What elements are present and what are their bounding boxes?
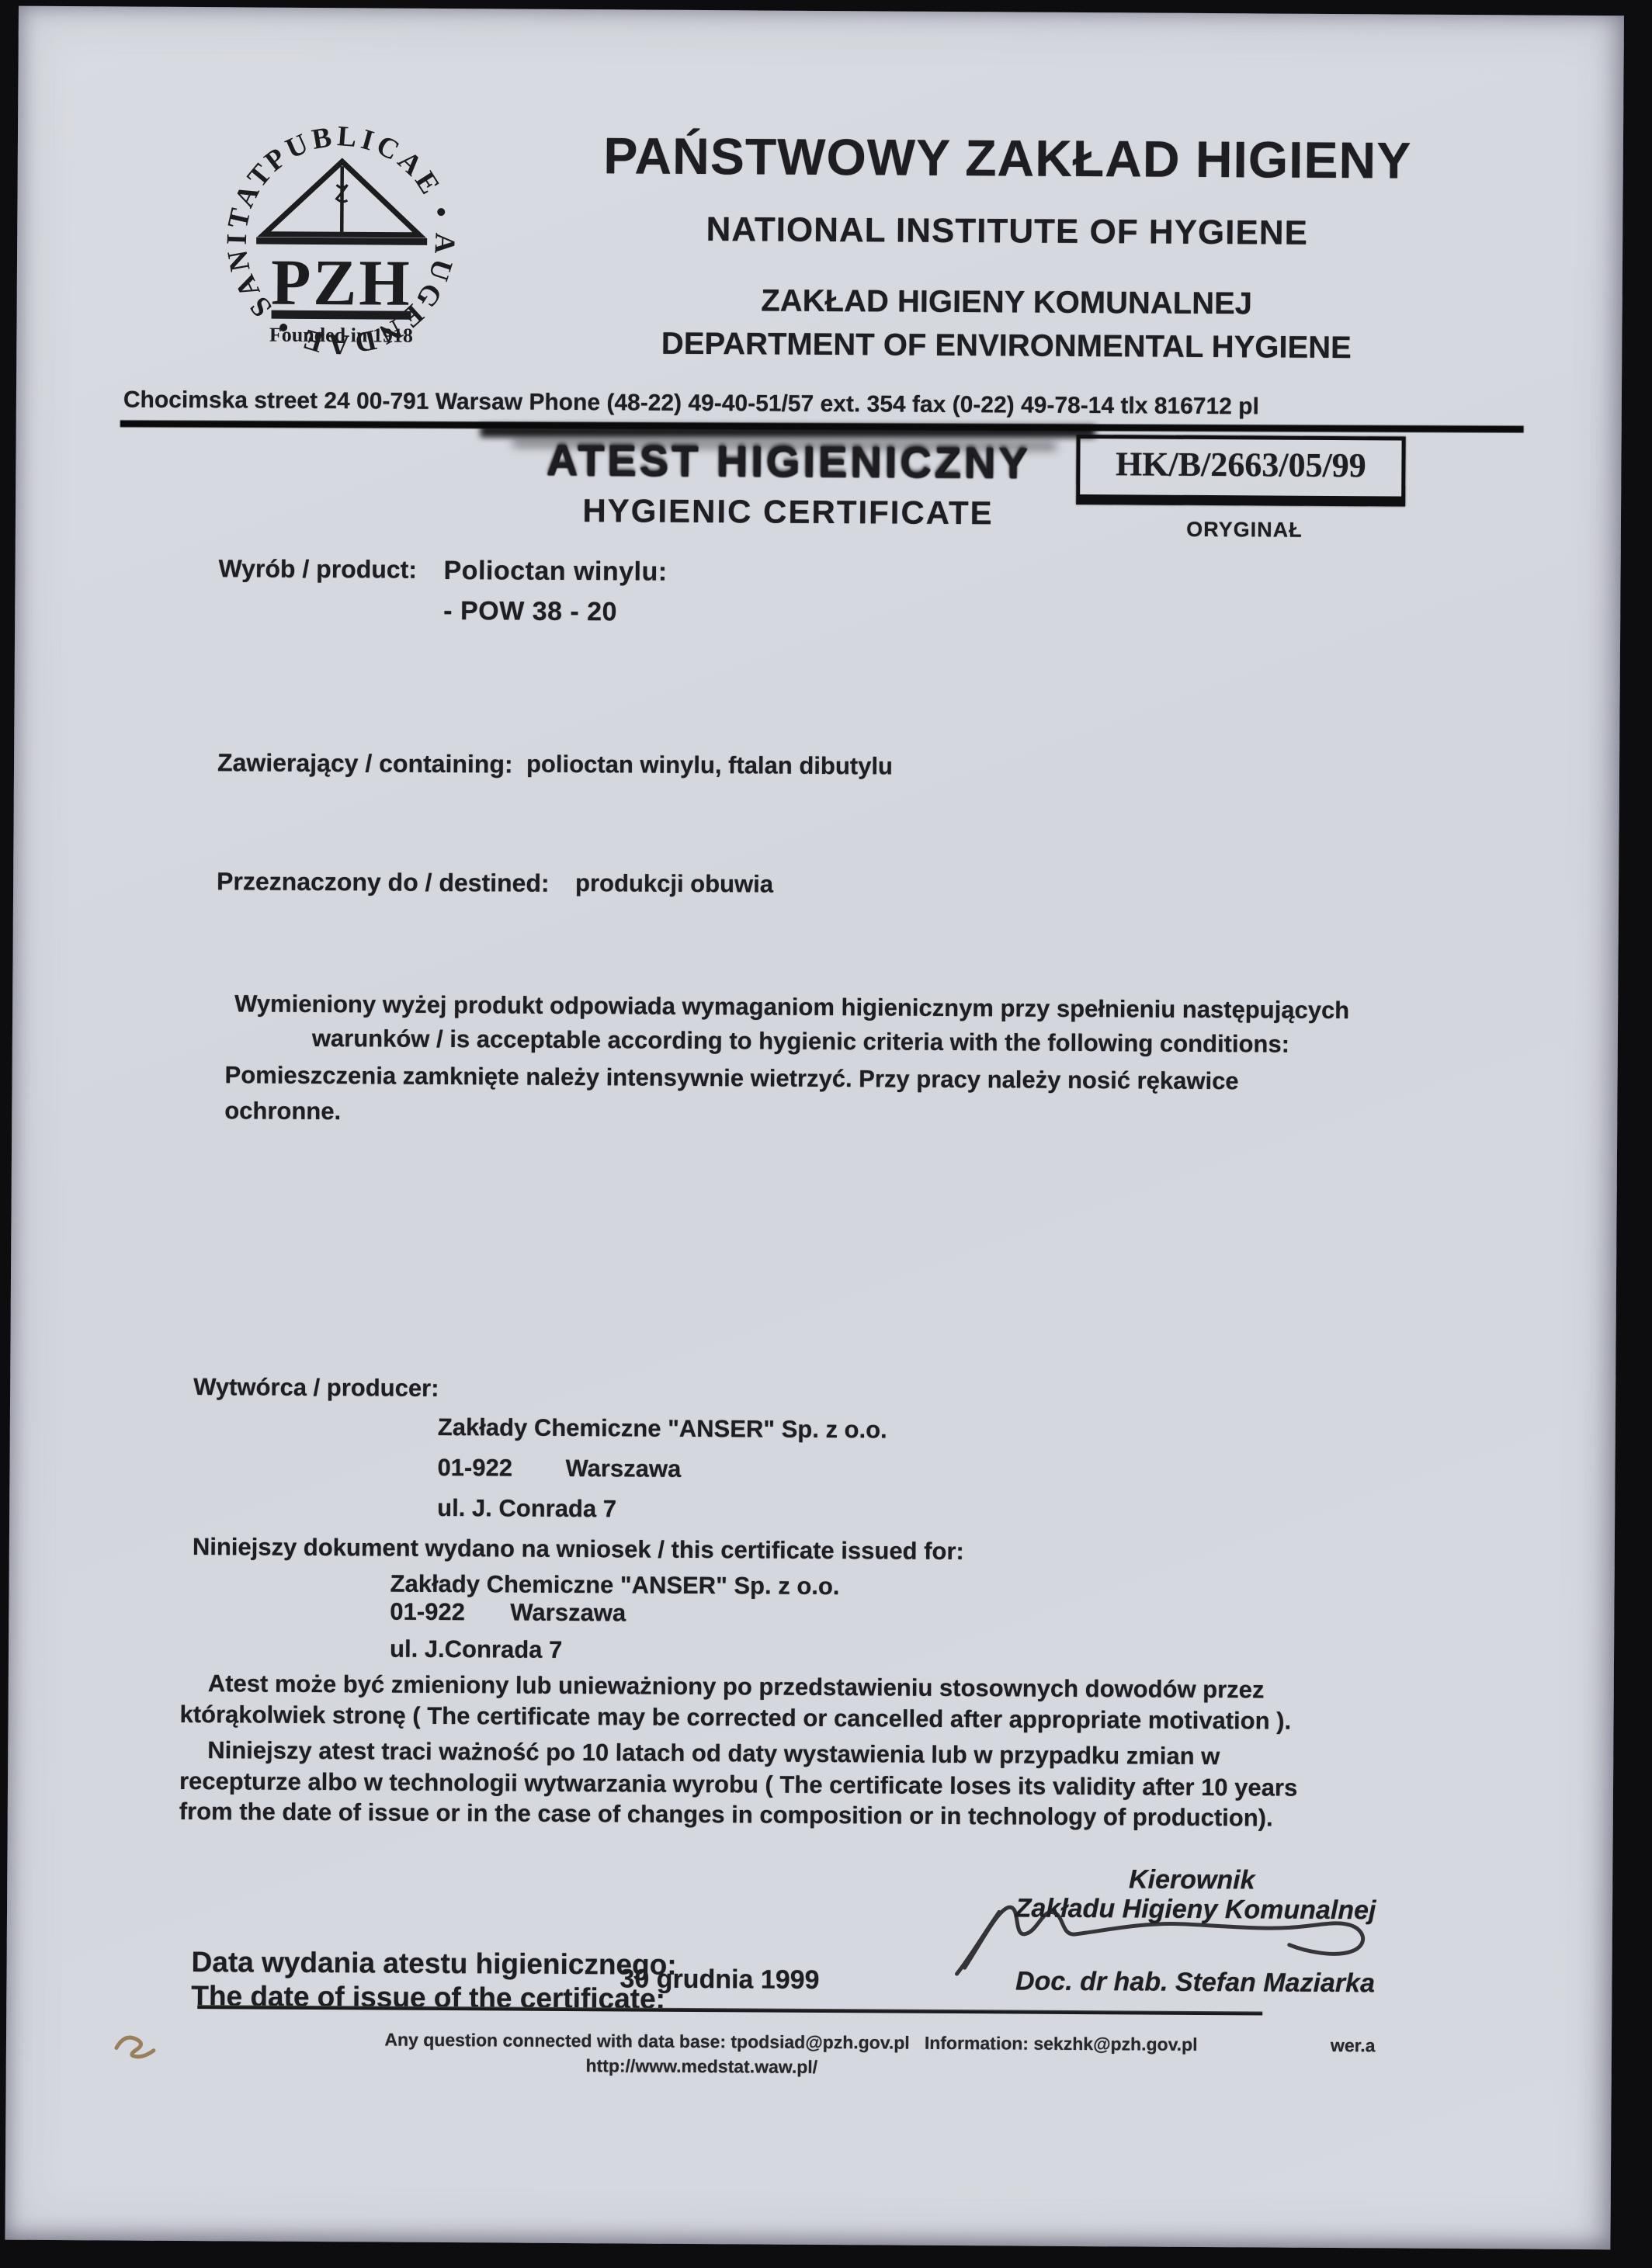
address-line: Chocimska street 24 00-791 Warsaw Phone … (123, 387, 1259, 420)
conditions-line: warunków / is acceptable according to hy… (312, 1025, 1289, 1059)
issued-for-postal-code: 01-922 (390, 1598, 465, 1627)
issued-for-street: ul. J.Conrada 7 (390, 1635, 562, 1664)
product-variant: - POW 38 - 20 (443, 596, 617, 627)
producer-city: Warszawa (565, 1455, 681, 1483)
issued-for-city: Warszawa (510, 1599, 626, 1628)
certificate-title-en: HYGIENIC CERTIFICATE (489, 491, 1087, 532)
issued-for-company: Zakłady Chemiczne "ANSER" Sp. z o.o. (390, 1570, 839, 1601)
containing-value: polioctan winylu, ftalan dibutylu (526, 751, 893, 781)
seal-architrave-bar (256, 238, 427, 245)
containing-label: Zawierający / containing: (217, 748, 513, 779)
signer-name: Doc. dr hab. Stefan Maziarka (981, 1966, 1408, 1999)
issue-date-label-pl: Data wydania atestu higienicznego: (191, 1946, 676, 1982)
conditions-line: ochronne. (224, 1097, 341, 1125)
footer-url: http://www.medstat.waw.pl/ (209, 2053, 1195, 2080)
handwritten-ink-mark (110, 2023, 165, 2060)
certificate-number: HK/B/2663/05/99 (1076, 444, 1405, 486)
scanned-certificate-page: PUBLICAE • AUGENDAE • SANITATI • PZH Fou… (5, 6, 1624, 2250)
department-title-pl: ZAKŁAD HIGIENY KOMUNALNEJ (522, 283, 1492, 324)
institute-title-en: NATIONAL INSTITUTE OF HYGIENE (522, 210, 1492, 255)
seal-base-bar (272, 310, 411, 320)
destined-value: produkcji obuwia (575, 869, 773, 899)
copy-type-label: ORYGINAŁ (1093, 517, 1396, 543)
institute-title-pl: PAŃSTWOWY ZAKŁAD HIGIENY (522, 126, 1493, 191)
seal-acronym: PZH (271, 247, 412, 320)
producer-street: ul. J. Conrada 7 (437, 1494, 616, 1523)
producer-label: Wytwórca / producer: (193, 1373, 439, 1403)
legal-line: Atest może być zmieniony lub unieważnion… (208, 1670, 1265, 1704)
issue-date-value: 30 grudnia 1999 (619, 1964, 819, 1996)
product-name: Polioctan winylu: (443, 556, 667, 588)
footer-version: wer.a (1331, 2035, 1376, 2056)
legal-line: recepturze albo w technologii wytwarzani… (179, 1767, 1297, 1802)
product-label: Wyrób / product: (218, 554, 417, 584)
legal-line: którąkolwiek stronę ( The certificate ma… (179, 1701, 1291, 1736)
conditions-line: Wymieniony wyżej produkt odpowiada wymag… (234, 990, 1349, 1025)
department-title-en: DEPARTMENT OF ENVIRONMENTAL HYGIENE (521, 326, 1491, 367)
legal-line: from the date of issue or in the case of… (179, 1798, 1273, 1833)
footer-contact-line: Any question connected with data base: t… (209, 2028, 1373, 2056)
scan-background: { "page": { "paper_color": "#d7d9e0", "f… (0, 0, 1652, 2268)
seal-founded-text: Founded in 1918 (269, 324, 413, 347)
destined-label: Przeznaczony do / destined: (217, 867, 550, 898)
issued-for-label: Niniejszy dokument wydano na wniosek / t… (193, 1533, 964, 1566)
legal-line: Niniejszy atest traci ważność po 10 lata… (207, 1736, 1220, 1770)
certificate-title-pl: ATEST HIGIENICZNY (489, 434, 1087, 488)
conditions-line: Pomieszczenia zamknięte należy intensywn… (224, 1061, 1238, 1095)
pzh-institute-seal: PUBLICAE • AUGENDAE • SANITATI • PZH Fou… (207, 106, 476, 375)
producer-postal-code: 01-922 (437, 1454, 512, 1483)
producer-company: Zakłady Chemiczne "ANSER" Sp. z o.o. (438, 1413, 887, 1444)
